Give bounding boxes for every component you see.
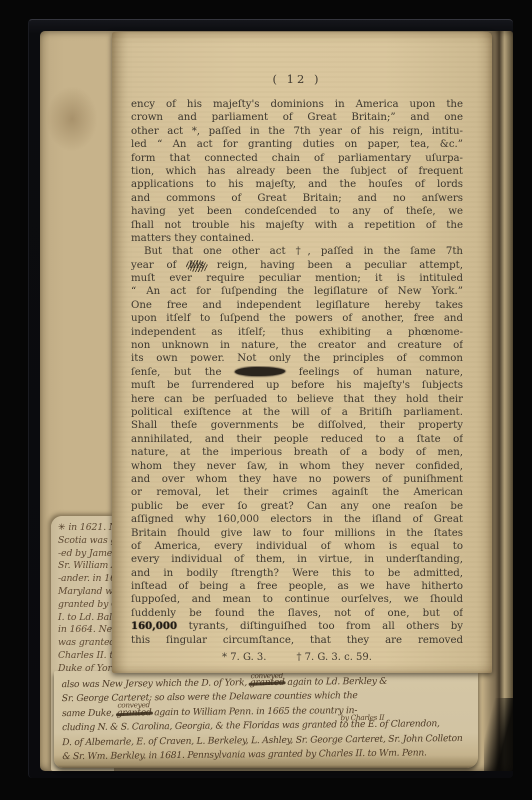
body-line: 160,000 tyrants, diſtinguiſhed too from … [131,620,463,633]
body-line: here can be perſuaded to believe that th… [131,393,463,406]
body-line: its own power. Not only the principles o… [131,352,463,365]
handwritten-correction: conveyedgranted [250,676,285,691]
margin-note-line: in 1664. New [58,624,114,637]
ink-scribble-over-word: his [189,259,204,272]
body-line: of America, every individual of whom is … [131,540,463,553]
margin-note-line: Maryland w [58,586,114,599]
body-line: ency of his majeſty's dominions in Ameri… [131,98,463,111]
bottom-note-line: & Sr. Wm. Berkley. in 1681. Pennsylvania… [62,746,478,765]
body-line: whom they never ſaw, in whom they never … [131,460,463,473]
margin-note-line: ✳ in 1621. N [58,522,114,535]
body-line: Shall theſe governments be diſſolved, th… [131,419,463,432]
body-line: muſt ever require peculiar mention; it i… [131,272,463,285]
body-line: political exiſtence at the will of a Bri… [131,406,463,419]
page-number: ( 12 ) [131,72,463,86]
body-line: form that connected chain of parliamenta… [131,152,463,165]
margin-note-line: -ander. in 16 [58,573,114,586]
body-line: and in bodily ſtrength? Were this to be … [131,567,463,580]
body-line: public be ever ſo great? Can any one rea… [131,500,463,513]
body-line: upon itſelf to ſuſpend the powers of ano… [131,312,463,325]
margin-note-line: Charles II. t [58,650,114,663]
ink-overwritten-number: 160,000 [131,620,177,632]
body-line: tion, which has already been the ſubject… [131,165,463,178]
body-line: led “ An act for granting duties on pape… [131,138,463,151]
page-text-block: ( 12 ) ency of his majeſty's dominions i… [131,72,463,663]
body-line: non unknown in nature, the creator and c… [131,339,463,352]
body-line: matters they contained. [131,232,463,245]
body-line: applications to his majeſty, and the hou… [131,178,463,191]
body-line: aſſigned why 160,000 electors in the iſl… [131,513,463,526]
bottom-note-slip: also was New Jersey which the D. of York… [54,671,478,768]
margin-note-line: I. to Ld. Balt [58,612,114,625]
body-line: independent as itſelf; thus exhibiting a… [131,326,463,339]
margin-note-line: Scotia was gr [58,535,114,548]
footnote: * 7. G. 3. † 7. G. 3. c. 59. [131,652,463,663]
body-line: annihilated, and their people reduced to… [131,433,463,446]
handwritten-correction: conveyedgranted [116,706,151,721]
body-line: “ An act for ſuſpending the legiſlature … [131,285,463,298]
body-line: having yet been condeſcended to any of t… [131,205,463,218]
footnote-left: * 7. G. 3. [222,652,266,663]
body-line: ſuddenly be found the ſlaves, not of one… [131,607,463,620]
footnote-right: † 7. G. 3. c. 59. [296,652,371,663]
body-line: every individual of them, in virtue, in … [131,553,463,566]
handwritten-correction: by Charles IIto the E. of Clarendon, [339,717,439,732]
body-line: But that one other act †, paſſed in the … [131,245,463,258]
body-line: ſenſe, but the feelings of human nature, [131,366,463,379]
body-line: nature, at the imperious breath of a bod… [131,446,463,459]
paper-stain [46,86,98,152]
body-line: year of his reign, having been a peculia… [131,259,463,272]
body-line: crown and parliament of Great Britain;” … [131,111,463,124]
gutter-shadow [484,698,513,771]
body-line: this ſingular circumſtance, that they ar… [131,634,463,647]
asterisk-mark-icon: ✳ [58,523,65,533]
struck-word: granted [250,676,285,691]
body-line: Britain ſhould give law to four millions… [131,527,463,540]
body-line: muſt be ſurrendered up before his majeſt… [131,379,463,392]
margin-note-line: -ed by James I [58,548,114,561]
body-line: other act *, paſſed in the 7th year of h… [131,125,463,138]
inserted-word: by Charles II [340,711,384,726]
ink-blot-redaction [235,367,285,376]
body-line: ſuppoſed, and mean to continue ourſelves… [131,593,463,606]
margin-note-line: granted by C [58,599,114,612]
body-line: or removal, let their crimes againſt the… [131,486,463,499]
body-line: ſhall not trouble his majeſty with a rep… [131,219,463,232]
margin-note-line: Sr. William A [58,560,114,573]
body-line: One free and independent legiſlature her… [131,299,463,312]
body-line: inſtead of being a free people, as we ha… [131,580,463,593]
margin-note-line: was granted [58,637,114,650]
printed-page: ( 12 ) ency of his majeſty's dominions i… [112,32,492,673]
body-line: and over whom they have no powers of pun… [131,473,463,486]
struck-word: granted [116,706,151,721]
body-line: and commons of Great Britain; and no anſ… [131,192,463,205]
